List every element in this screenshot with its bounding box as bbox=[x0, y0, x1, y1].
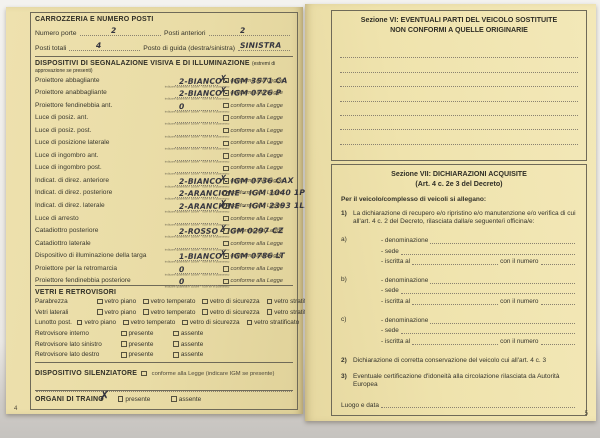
item-2-text: Dichiarazione di corretta conservazione … bbox=[353, 357, 546, 365]
section-traino: ORGANI DI TRAINO presente assente ✗ bbox=[35, 390, 293, 408]
officina-block-c: c) - denominazione - sede - iscritta alc… bbox=[341, 315, 577, 346]
conforme-checkbox bbox=[223, 115, 229, 121]
vetro-option-label: vetro stratificato bbox=[254, 319, 299, 326]
conforme-cell: ✗conforme alla Legge bbox=[218, 103, 293, 111]
conforme-cell: ✗conforme alla Legge bbox=[218, 216, 293, 224]
dispositivo-label: Proiettore abbagliante bbox=[35, 77, 175, 86]
dispositivi-title: DISPOSITIVI DI SEGNALAZIONE VISIVA E DI … bbox=[35, 57, 293, 73]
dispositivo-write-line: indicare quantità e colore - IGM se in p… bbox=[175, 235, 218, 249]
conforme-cell: ✗conforme alla Legge bbox=[218, 128, 293, 136]
vetro-option-label: vetro temperato bbox=[131, 319, 176, 326]
dispositivi-title-text: DISPOSITIVI DI SEGNALAZIONE VISIVA E DI … bbox=[35, 60, 250, 67]
vetro-checkbox bbox=[267, 299, 273, 305]
iscritta-field bbox=[412, 336, 498, 345]
vetro-checkbox bbox=[143, 309, 149, 315]
silenziatore-title: DISPOSITIVO SILENZIATORE bbox=[35, 370, 137, 377]
dispositivo-label: Catadiottro laterale bbox=[35, 240, 175, 249]
conforme-label: conforme alla Legge bbox=[231, 228, 284, 234]
conforme-cell: ✗conforme alla Legge bbox=[218, 228, 293, 236]
sede-label: - sede bbox=[381, 248, 399, 256]
dispositivo-row: Luce di arresto indicare quantità e colo… bbox=[35, 211, 293, 224]
dispositivo-row: Proiettore abbagliante 2-BIANCO - IGM 35… bbox=[35, 73, 293, 86]
dispositivo-label: Dispositivo di illuminazione della targa bbox=[35, 252, 175, 261]
luogo-e-data-label: Luogo e data bbox=[341, 402, 379, 409]
conforme-checkbox bbox=[223, 153, 229, 159]
vetri-row: Retrovisore lato sinistro presente assen… bbox=[35, 339, 293, 350]
vetro-checkbox bbox=[182, 320, 188, 326]
sezione-vi-box: Sezione VI: EVENTUALI PARTI DEL VEICOLO … bbox=[331, 10, 587, 161]
retrovisore-option-label: assente bbox=[181, 351, 203, 358]
dispositivo-write-line: indicare quantità e colore - IGM se in p… bbox=[175, 147, 218, 161]
posti-anteriori-field: 2 bbox=[209, 24, 290, 36]
item-2: 2) Dichiarazione di corretta conservazio… bbox=[341, 357, 577, 365]
conforme-checkbox bbox=[223, 166, 229, 172]
vetro-option-label: vetro piano bbox=[105, 309, 137, 316]
dispositivo-row: Indicat. di direz. posteriore 2-ARANCION… bbox=[35, 186, 293, 199]
luogo-e-data-row: Luogo e data bbox=[341, 399, 577, 409]
silenziatore-checkbox bbox=[141, 371, 147, 377]
assente-label: assente bbox=[179, 396, 201, 403]
officina-letter: c) bbox=[341, 315, 355, 346]
vetri-row: Retrovisore interno presente assente bbox=[35, 328, 293, 339]
dispositivo-write-line: 2-ARANCIONE - IGM 2393 1L1indicare quant… bbox=[175, 197, 218, 211]
retrovisore-option-label: presente bbox=[129, 341, 154, 348]
dispositivo-label: Luce di posizione laterale bbox=[35, 139, 175, 148]
conforme-label: conforme alla Legge bbox=[231, 278, 284, 284]
dispositivo-row: Indicat. di direz. laterale 2-ARANCIONE … bbox=[35, 198, 293, 211]
retrovisore-checkbox bbox=[121, 341, 127, 347]
numero-field bbox=[541, 256, 576, 265]
dispositivo-row: Luce di posizione laterale indicare quan… bbox=[35, 136, 293, 149]
item-3-number: 3) bbox=[341, 373, 353, 389]
dispositivo-row: Proiettore fendinebbia posteriore 0indic… bbox=[35, 274, 293, 287]
denominazione-field bbox=[430, 315, 575, 324]
conforme-label: conforme alla Legge bbox=[231, 165, 284, 171]
x-mark: ✗ bbox=[219, 249, 227, 260]
dispositivo-row: Luce di posiz. post. indicare quantità e… bbox=[35, 123, 293, 136]
denominazione-field bbox=[430, 275, 575, 284]
dispositivo-write-line: 2-ROSSO - IGM 0297 CZindicare quantità e… bbox=[175, 223, 218, 237]
blank-write-line bbox=[340, 102, 578, 116]
vetri-label: Lunotto post. bbox=[35, 319, 72, 326]
blank-write-line bbox=[340, 130, 578, 144]
conforme-checkbox bbox=[223, 266, 229, 272]
conforme-cell: ✗conforme alla Legge bbox=[218, 253, 293, 261]
dispositivo-write-line: 2-BIANCO - IGM 3571 CAindicare quantità … bbox=[175, 72, 218, 86]
vetri-row: Retrovisore lato destro presente assente bbox=[35, 349, 293, 360]
carrozzeria-row: Numero porte 2 Posti anteriori 2 bbox=[35, 23, 293, 38]
dispositivo-label: Luce di posiz. post. bbox=[35, 127, 175, 136]
carrozzeria-title: CARROZZERIA E NUMERO POSTI bbox=[35, 13, 293, 23]
conforme-cell: ✗conforme alla Legge bbox=[218, 203, 293, 211]
sede-label: - sede bbox=[381, 287, 399, 295]
conforme-label: conforme alla Legge bbox=[231, 203, 284, 209]
conforme-cell: ✗conforme alla Legge bbox=[218, 78, 293, 86]
dispositivo-row: Catadiottro laterale indicare quantità e… bbox=[35, 236, 293, 249]
dispositivo-write-line: 2-BIANCO - IGM 0726 Pindicare quantità e… bbox=[175, 85, 218, 99]
right-page: Sezione VI: EVENTUALI PARTI DEL VEICOLO … bbox=[305, 4, 596, 421]
dispositivo-write-line: 0indicare quantità e colore - IGM se in … bbox=[175, 273, 218, 287]
posti-anteriori-label: Posti anteriori bbox=[164, 30, 206, 38]
conforme-label: conforme alla Legge bbox=[231, 90, 284, 96]
sezione-vii-intro: Per il veicolo/complesso di veicoli si a… bbox=[341, 196, 577, 203]
blank-write-line bbox=[340, 116, 578, 130]
vetro-option-label: vetro di sicurezza bbox=[190, 319, 240, 326]
dispositivo-write-line: indicare quantità e colore - IGM se in p… bbox=[175, 210, 218, 224]
traino-row: ORGANI DI TRAINO presente assente ✗ bbox=[35, 391, 293, 407]
dispositivo-label: Luce di ingombro ant. bbox=[35, 152, 175, 161]
sede-field bbox=[401, 325, 575, 334]
x-mark: ✗ bbox=[219, 86, 227, 97]
posto-guida-label: Posto di guida (destra/sinistra) bbox=[143, 45, 235, 53]
retrovisore-option-label: assente bbox=[181, 330, 203, 337]
vetro-checkbox bbox=[247, 320, 253, 326]
carrozzeria-row: Posti totali 4 Posto di guida (destra/si… bbox=[35, 38, 293, 53]
vetri-row: Parabrezza vetro piano vetro temperato v… bbox=[35, 296, 293, 307]
officina-letter: b) bbox=[341, 275, 355, 306]
conforme-checkbox bbox=[223, 279, 229, 285]
conforme-cell: ✗conforme alla Legge bbox=[218, 190, 293, 198]
retrovisore-option-label: assente bbox=[181, 341, 203, 348]
vetri-row: Vetri laterali vetro piano vetro tempera… bbox=[35, 307, 293, 318]
dispositivo-label: Indicat. di direz. laterale bbox=[35, 202, 175, 211]
item-1-number: 1) bbox=[341, 210, 353, 226]
numero-porte-label: Numero porte bbox=[35, 30, 77, 38]
vetro-checkbox bbox=[97, 299, 103, 305]
retrovisore-checkbox bbox=[121, 352, 127, 358]
retrovisore-checkbox bbox=[121, 331, 127, 337]
dispositivo-write-line: 1-BIANCO - IGM 0786 LTindicare quantità … bbox=[175, 248, 218, 262]
x-mark: ✗ bbox=[219, 74, 227, 85]
conforme-cell: ✗conforme alla Legge bbox=[218, 278, 293, 286]
sezione-vi-title-line2: NON CONFORMI A QUELLE ORIGINARIE bbox=[340, 26, 578, 36]
conforme-checkbox bbox=[223, 241, 229, 247]
numero-label: con il numero bbox=[500, 258, 538, 266]
sezione-vi-title: Sezione VI: EVENTUALI PARTI DEL VEICOLO … bbox=[340, 16, 578, 35]
section-carrozzeria: CARROZZERIA E NUMERO POSTI Numero porte … bbox=[35, 13, 293, 56]
conforme-label: conforme alla Legge bbox=[231, 253, 284, 259]
dispositivo-write-line: indicare quantità e colore - IGM se in p… bbox=[175, 122, 218, 136]
sezione-vi-blank-lines bbox=[340, 44, 578, 145]
dispositivo-label: Luce di ingombro post. bbox=[35, 164, 175, 173]
sezione-vii-title-line1: Sezione VII: DICHIARAZIONI ACQUISITE bbox=[341, 170, 577, 180]
luogo-e-data-field bbox=[381, 399, 575, 408]
silenziatore-note: conforme alla Legge (indicare IGM se pre… bbox=[152, 371, 275, 377]
x-mark: ✗ bbox=[219, 199, 227, 210]
vetro-checkbox bbox=[123, 320, 129, 326]
dispositivo-row: Luce di ingombro post. indicare quantità… bbox=[35, 161, 293, 174]
vetro-checkbox bbox=[97, 309, 103, 315]
sezione-vi-title-line1: Sezione VI: EVENTUALI PARTI DEL VEICOLO … bbox=[340, 16, 578, 26]
conforme-label: conforme alla Legge bbox=[231, 140, 284, 146]
dispositivo-row: Luce di posiz. ant. indicare quantità e … bbox=[35, 111, 293, 124]
iscritta-label: - iscritta al bbox=[381, 258, 410, 266]
sede-field bbox=[401, 246, 575, 255]
iscritta-label: - iscritta al bbox=[381, 338, 410, 346]
vetro-option-label: vetro temperato bbox=[151, 309, 196, 316]
conforme-label: conforme alla Legge bbox=[231, 103, 284, 109]
conforme-cell: ✗conforme alla Legge bbox=[218, 266, 293, 274]
page-number-right: 5 bbox=[585, 411, 588, 417]
vetri-label: Parabrezza bbox=[35, 298, 97, 305]
x-mark: ✗ bbox=[219, 224, 227, 235]
conforme-cell: ✗conforme alla Legge bbox=[218, 241, 293, 249]
vetro-option-label: vetro di sicurezza bbox=[210, 298, 260, 305]
denominazione-label: - denominazione bbox=[381, 317, 428, 325]
conforme-label: conforme alla Legge bbox=[231, 128, 284, 134]
conforme-label: conforme alla Legge bbox=[231, 115, 284, 121]
conforme-checkbox bbox=[223, 103, 229, 109]
vetro-option-label: vetro di sicurezza bbox=[210, 309, 260, 316]
dispositivo-write-line: 0indicare quantità e colore - IGM se in … bbox=[175, 260, 218, 274]
section-vetri: VETRI E RETROVISORI Parabrezza vetro pia… bbox=[35, 285, 293, 362]
denominazione-field bbox=[430, 235, 575, 244]
blank-write-line bbox=[340, 58, 578, 72]
x-mark: ✗ bbox=[99, 389, 110, 404]
dispositivo-write-line: indicare quantità e colore - IGM se in p… bbox=[175, 160, 218, 174]
vetro-checkbox bbox=[202, 299, 208, 305]
posto-guida-value: SINISTRA bbox=[240, 41, 282, 50]
vetro-option-label: vetro temperato bbox=[151, 298, 196, 305]
vetri-label: Retrovisore lato destro bbox=[35, 351, 121, 358]
sezione-vii-title: Sezione VII: DICHIARAZIONI ACQUISITE (Ar… bbox=[341, 170, 577, 189]
left-page: CARROZZERIA E NUMERO POSTI Numero porte … bbox=[6, 7, 303, 414]
conforme-checkbox bbox=[223, 141, 229, 147]
vetri-label: Retrovisore lato sinistro bbox=[35, 341, 121, 348]
item-1-text: La dichiarazione di recupero e/o riprist… bbox=[353, 210, 577, 226]
assente-checkbox bbox=[171, 396, 177, 402]
iscritta-label: - iscritta al bbox=[381, 298, 410, 306]
posti-totali-label: Posti totali bbox=[35, 45, 66, 53]
dispositivo-row: Proiettore fendinebbia ant. 0indicare qu… bbox=[35, 98, 293, 111]
conforme-label: conforme alla Legge bbox=[231, 190, 284, 196]
retrovisore-option-label: presente bbox=[129, 351, 154, 358]
section-dispositivi: DISPOSITIVI DI SEGNALAZIONE VISIVA E DI … bbox=[35, 56, 293, 285]
conforme-label: conforme alla Legge bbox=[231, 78, 284, 84]
iscritta-field bbox=[412, 256, 498, 265]
dispositivo-label: Proiettore per la retromarcia bbox=[35, 265, 175, 274]
dispositivo-row: Catadiottro posteriore 2-ROSSO - IGM 029… bbox=[35, 224, 293, 237]
conforme-label: conforme alla Legge bbox=[231, 241, 284, 247]
conforme-label: conforme alla Legge bbox=[231, 153, 284, 159]
traino-title: ORGANI DI TRAINO bbox=[35, 396, 104, 403]
iscritta-field bbox=[412, 296, 498, 305]
sezione-vii-title-line2: (Art. 4 c. 2e 3 del Decreto) bbox=[341, 180, 577, 190]
presente-checkbox bbox=[118, 396, 124, 402]
posti-totali-value: 4 bbox=[96, 41, 102, 50]
vetri-label: Vetri laterali bbox=[35, 309, 97, 316]
conforme-cell: ✗conforme alla Legge bbox=[218, 115, 293, 123]
sede-field bbox=[401, 285, 575, 294]
conforme-cell: ✗conforme alla Legge bbox=[218, 153, 293, 161]
silenziatore-row: DISPOSITIVO SILENZIATORE conforme alla L… bbox=[35, 366, 293, 381]
conforme-cell: ✗conforme alla Legge bbox=[218, 90, 293, 98]
dispositivo-label: Luce di posiz. ant. bbox=[35, 114, 175, 123]
item-1: 1) La dichiarazione di recupero e/o ripr… bbox=[341, 210, 577, 226]
vetro-checkbox bbox=[143, 299, 149, 305]
retrovisore-checkbox bbox=[173, 331, 179, 337]
dispositivo-write-line: indicare quantità e colore - IGM se in p… bbox=[175, 135, 218, 149]
denominazione-label: - denominazione bbox=[381, 237, 428, 245]
numero-field bbox=[541, 336, 576, 345]
retrovisore-checkbox bbox=[173, 352, 179, 358]
blank-write-line bbox=[340, 73, 578, 87]
denominazione-label: - denominazione bbox=[381, 277, 428, 285]
left-content-box: CARROZZERIA E NUMERO POSTI Numero porte … bbox=[30, 12, 298, 410]
vetro-checkbox bbox=[202, 309, 208, 315]
numero-label: con il numero bbox=[500, 338, 538, 346]
dispositivo-label: Proiettore fendinebbia posteriore bbox=[35, 277, 175, 286]
dispositivo-row: Dispositivo di illuminazione della targa… bbox=[35, 249, 293, 262]
conforme-label: conforme alla Legge bbox=[231, 266, 284, 272]
dispositivo-write-line: 2-ARANCIONE - IGM 1040 1Pindicare quanti… bbox=[175, 185, 218, 199]
conforme-cell: ✗conforme alla Legge bbox=[218, 140, 293, 148]
officina-block-b: b) - denominazione - sede - iscritta alc… bbox=[341, 275, 577, 306]
conforme-checkbox bbox=[223, 128, 229, 134]
dispositivo-label: Catadiottro posteriore bbox=[35, 227, 175, 236]
posti-totali-field: 4 bbox=[69, 39, 140, 51]
retrovisore-checkbox bbox=[173, 341, 179, 347]
conforme-label: conforme alla Legge bbox=[231, 178, 284, 184]
conforme-cell: ✗conforme alla Legge bbox=[218, 178, 293, 186]
x-mark: ✗ bbox=[219, 174, 227, 185]
item-3: 3) Eventuale certificazione d'idoneità a… bbox=[341, 373, 577, 389]
dispositivo-write-line: indicare quantità e colore - IGM se in p… bbox=[175, 110, 218, 124]
vetro-option-label: vetro piano bbox=[105, 298, 137, 305]
officina-letter: a) bbox=[341, 235, 355, 266]
dispositivo-row: Indicat. di direz. anteriore 2-BIANCO - … bbox=[35, 173, 293, 186]
page-number-left: 4 bbox=[14, 406, 17, 412]
conforme-label: conforme alla Legge bbox=[231, 216, 284, 222]
sezione-vii-box: Sezione VII: DICHIARAZIONI ACQUISITE (Ar… bbox=[331, 164, 587, 416]
blank-write-line bbox=[340, 44, 578, 58]
vetro-option-label: vetro piano bbox=[84, 319, 116, 326]
section-silenziatore: DISPOSITIVO SILENZIATORE conforme alla L… bbox=[35, 362, 293, 390]
numero-porte-value: 2 bbox=[110, 26, 116, 35]
posto-guida-field: SINISTRA bbox=[238, 39, 290, 51]
vetri-row: Lunotto post. vetro piano vetro temperat… bbox=[35, 317, 293, 328]
vetro-checkbox bbox=[267, 309, 273, 315]
item-3-text: Eventuale certificazione d'idoneità alla… bbox=[353, 373, 577, 389]
numero-label: con il numero bbox=[500, 298, 538, 306]
vetro-checkbox bbox=[77, 320, 83, 326]
dispositivo-label: Proiettore anabbagliante bbox=[35, 89, 175, 98]
dispositivo-row: Proiettore per la retromarcia 0indicare … bbox=[35, 261, 293, 274]
conforme-checkbox bbox=[223, 216, 229, 222]
conforme-cell: ✗conforme alla Legge bbox=[218, 165, 293, 173]
dispositivo-label: Indicat. di direz. posteriore bbox=[35, 189, 175, 198]
posti-anteriori-value: 2 bbox=[239, 26, 245, 35]
numero-field bbox=[541, 296, 576, 305]
dispositivo-write-line: 0indicare quantità e colore - IGM se in … bbox=[175, 97, 218, 111]
vetri-label: Retrovisore interno bbox=[35, 330, 121, 337]
sede-label: - sede bbox=[381, 327, 399, 335]
numero-porte-field: 2 bbox=[80, 24, 161, 36]
retrovisore-option-label: presente bbox=[129, 330, 154, 337]
dispositivo-label: Proiettore fendinebbia ant. bbox=[35, 102, 175, 111]
dispositivo-label: Indicat. di direz. anteriore bbox=[35, 177, 175, 186]
presente-label: presente bbox=[125, 396, 150, 403]
blank-write-line bbox=[340, 87, 578, 101]
dispositivo-row: Proiettore anabbagliante 2-BIANCO - IGM … bbox=[35, 86, 293, 99]
officina-block-a: a) - denominazione - sede - iscritta alc… bbox=[341, 235, 577, 266]
dispositivo-row: Luce di ingombro ant. indicare quantità … bbox=[35, 148, 293, 161]
conforme-checkbox bbox=[223, 191, 229, 197]
dispositivo-label: Luce di arresto bbox=[35, 215, 175, 224]
dispositivo-write-line: 2-BIANCO - IGM 0736 CAXindicare quantità… bbox=[175, 172, 218, 186]
item-2-number: 2) bbox=[341, 357, 353, 365]
